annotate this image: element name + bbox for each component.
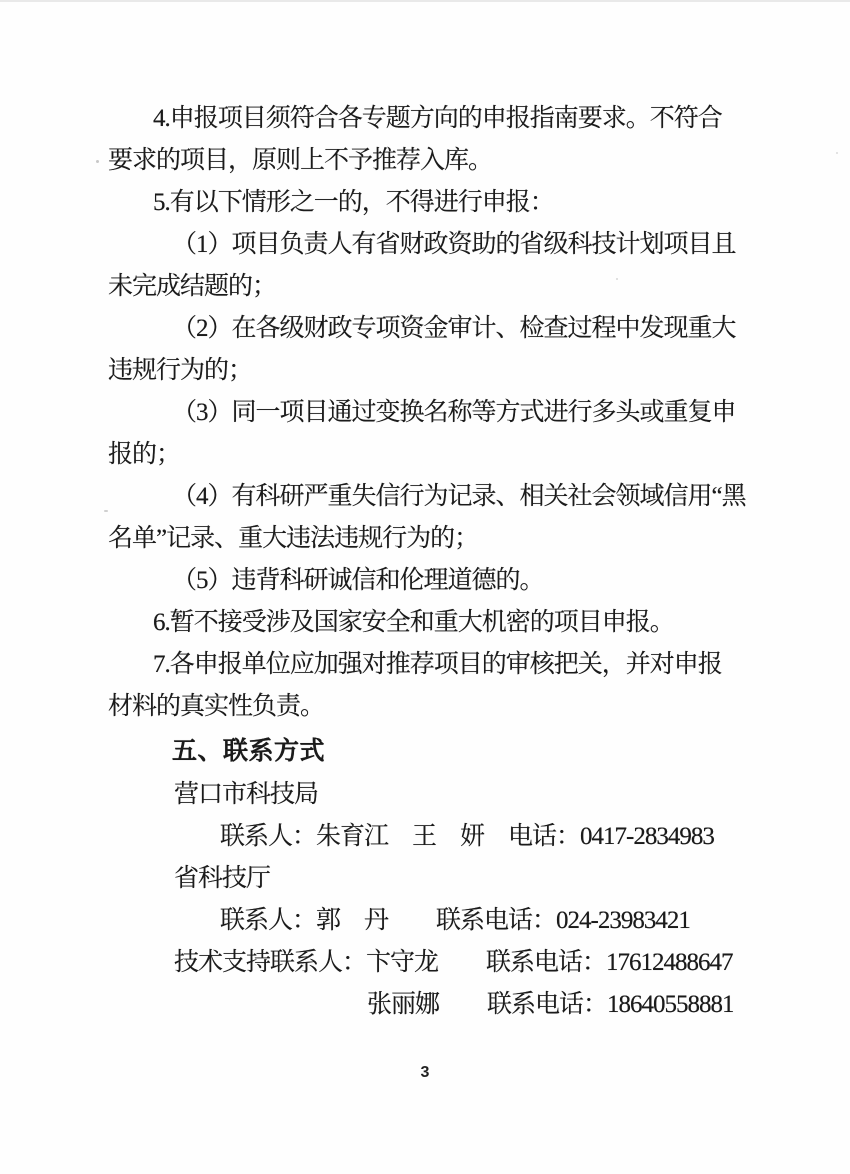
item-1-line-1: （1）项目负责人有省财政资助的省级科技计划项目且: [108, 224, 768, 266]
item-4-line-2: 名单”记录、重大违法违规行为的；: [108, 518, 768, 560]
scan-speck: [836, 152, 838, 154]
paragraph-5-intro: 5.有以下情形之一的，不得进行申报：: [108, 182, 768, 224]
contact-line-tech-support-1: 技术支持联系人：卞守龙 联系电话：17612488647: [108, 942, 768, 984]
scan-speck: [104, 510, 108, 512]
section-heading-contact-info: 五、联系方式: [108, 730, 768, 772]
organization-name-yingkou: 营口市科技局: [108, 774, 768, 816]
item-3-line-2: 报的；: [108, 434, 768, 476]
contact-line-tech-support-2: 张丽娜 联系电话：18640558881: [108, 984, 768, 1026]
document-body: 4.申报项目须符合各专题方向的申报指南要求。不符合 要求的项目，原则上不予推荐入…: [108, 98, 768, 1026]
scan-speck: [96, 160, 99, 163]
item-4-line-1: （4）有科研严重失信行为记录、相关社会领域信用“黑: [108, 476, 768, 518]
item-3-line-1: （3）同一项目通过变换名称等方式进行多头或重复申: [108, 392, 768, 434]
page-number: 3: [0, 1064, 850, 1082]
paragraph-7-line-2: 材料的真实性负责。: [108, 686, 768, 728]
paragraph-6-line: 6.暂不接受涉及国家安全和重大机密的项目申报。: [108, 602, 768, 644]
paragraph-4-line-1: 4.申报项目须符合各专题方向的申报指南要求。不符合: [108, 98, 768, 140]
paragraph-7-line-1: 7.各申报单位应加强对推荐项目的审核把关，并对申报: [108, 644, 768, 686]
item-1-line-2: 未完成结题的；: [108, 266, 768, 308]
contact-line-yingkou: 联系人：朱育江 王 妍 电话：0417-2834983: [108, 816, 768, 858]
item-5-line: （5）违背科研诚信和伦理道德的。: [108, 560, 768, 602]
item-2-line-1: （2）在各级财政专项资金审计、检查过程中发现重大: [108, 308, 768, 350]
organization-name-province: 省科技厅: [108, 858, 768, 900]
scan-speck: [616, 278, 618, 280]
contact-line-province: 联系人：郭 丹 联系电话：024-23983421: [108, 900, 768, 942]
paragraph-4-line-2: 要求的项目，原则上不予推荐入库。: [108, 140, 768, 182]
item-2-line-2: 违规行为的；: [108, 350, 768, 392]
scanned-document-page: 4.申报项目须符合各专题方向的申报指南要求。不符合 要求的项目，原则上不予推荐入…: [0, 0, 850, 1174]
